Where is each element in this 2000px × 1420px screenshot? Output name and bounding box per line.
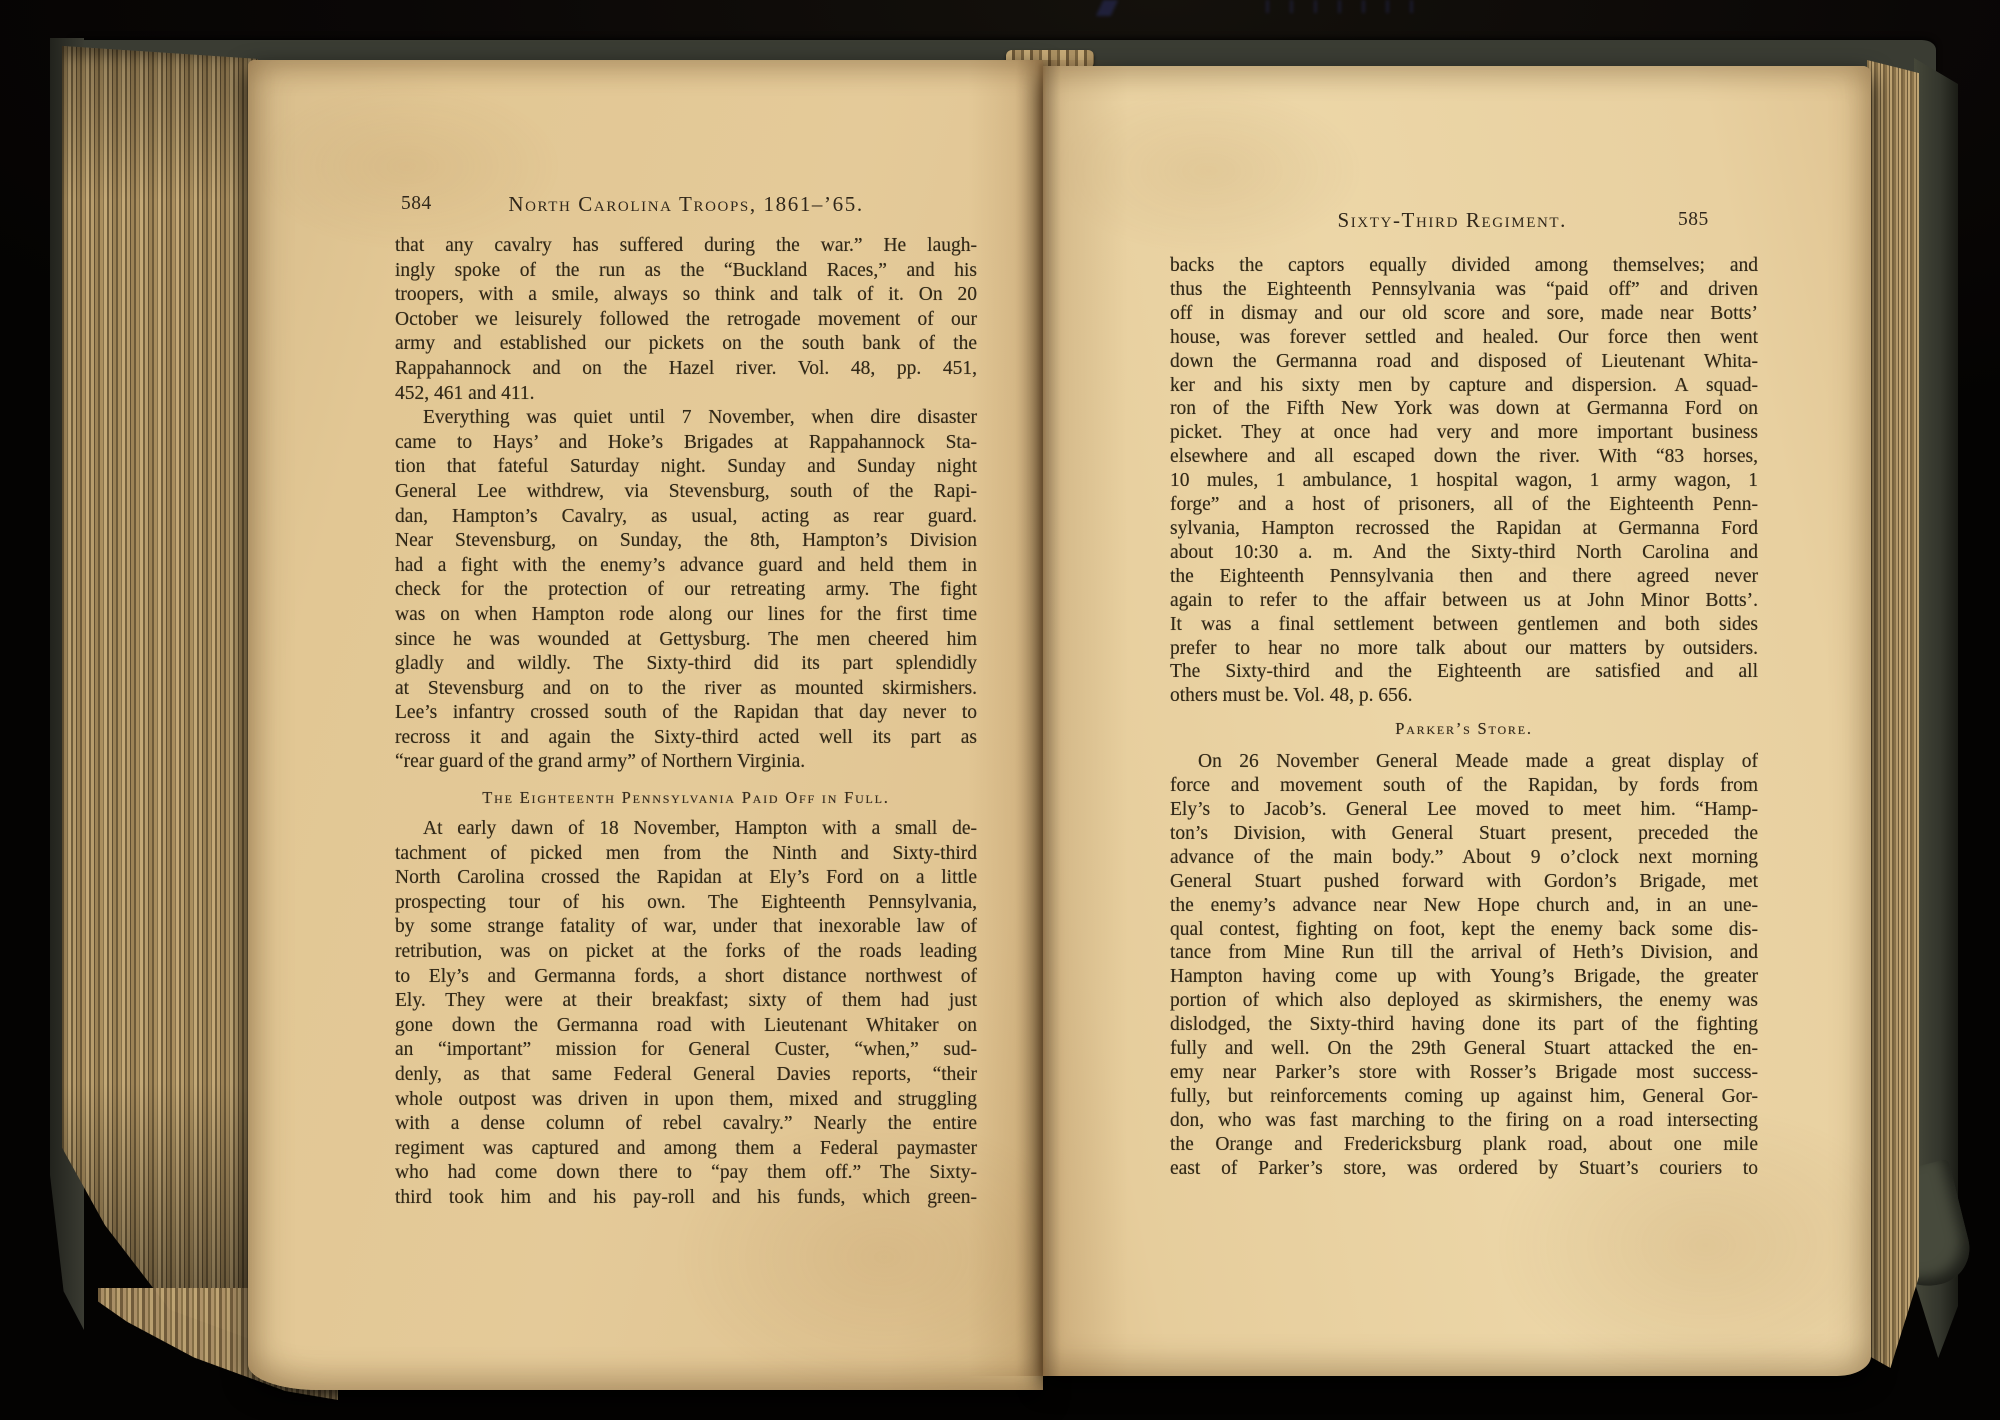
text-line: tion that fateful Saturday night. Sunday… (395, 455, 977, 480)
text-line: dan, Hampton’s Cavalry, as usual, acting… (395, 505, 977, 530)
text-line: was on when Hampton rode along our lines… (395, 603, 977, 628)
text-line: troopers, with a smile, always so think … (395, 283, 977, 308)
section-heading: Parker’s Store. (1170, 719, 1758, 739)
text-line: ker and his sixty men by capture and dis… (1170, 374, 1758, 398)
text-line: ton’s Division, with General Stuart pres… (1170, 822, 1758, 846)
text-line: Hampton having come up with Young’s Brig… (1170, 965, 1758, 989)
text-line: denly, as that same Federal General Davi… (395, 1063, 977, 1088)
text-line: qual contest, fighting on foot, kept the… (1170, 918, 1758, 942)
text-line: the enemy’s advance near New Hope church… (1170, 894, 1758, 918)
text-line: third took him and his pay-roll and his … (395, 1186, 977, 1211)
right-running-title: Sixty-Third Regiment. (1337, 208, 1567, 233)
text-line: with a dense column of rebel cavalry.” N… (395, 1112, 977, 1137)
book-photo-scene: 584 North Carolina Troops, 1861–’65. Six… (0, 0, 2000, 1420)
text-line: the Orange and Fredericksburg plank road… (1170, 1133, 1758, 1157)
left-page-number: 584 (401, 193, 432, 215)
text-line: to Ely’s and Germanna fords, a short dis… (395, 965, 977, 990)
text-line: force and movement south of the Rapidan,… (1170, 774, 1758, 798)
text-line: the Eighteenth Pennsylvania then and the… (1170, 565, 1758, 589)
text-line: came to Hays’ and Hoke’s Brigades at Rap… (395, 431, 977, 456)
text-line: had a fight with the enemy’s advance gua… (395, 554, 977, 579)
section-heading: The Eighteenth Pennsylvania Paid Off in … (395, 788, 977, 808)
text-line: east of Parker’s store, was ordered by S… (1170, 1157, 1758, 1181)
text-line: Lee’s infantry crossed south of the Rapi… (395, 701, 977, 726)
text-line: others must be. Vol. 48, p. 656. (1170, 684, 1758, 708)
left-running-title: North Carolina Troops, 1861–’65. (508, 192, 863, 217)
text-line: emy near Parker’s store with Rosser’s Br… (1170, 1061, 1758, 1085)
text-line: thus the Eighteenth Pennsylvania was “pa… (1170, 278, 1758, 302)
text-line: backs the captors equally divided among … (1170, 254, 1758, 278)
right-page-number: 585 (1678, 209, 1709, 231)
text-line: It was a final settlement between gentle… (1170, 613, 1758, 637)
text-line: retribution, was on picket at the forks … (395, 940, 977, 965)
text-line: At early dawn of 18 November, Hampton wi… (395, 817, 977, 842)
text-line: since he was wounded at Gettysburg. The … (395, 628, 977, 653)
text-line: fully and well. On the 29th General Stua… (1170, 1037, 1758, 1061)
text-line: at Stevensburg and on to the river as mo… (395, 677, 977, 702)
left-running-header: 584 North Carolina Troops, 1861–’65. (395, 192, 977, 222)
right-running-header: Sixty-Third Regiment. 585 (1170, 208, 1758, 238)
text-line: prospecting tour of his own. The Eightee… (395, 891, 977, 916)
text-line: General Stuart pushed forward with Gordo… (1170, 870, 1758, 894)
text-line: house, was forever settled and healed. O… (1170, 326, 1758, 350)
page-edges-left (62, 46, 258, 1342)
text-line: 10 mules, 1 ambulance, 1 hospital wagon,… (1170, 469, 1758, 493)
text-line: tance from Mine Run till the arrival of … (1170, 941, 1758, 965)
gutter-fold-line (1040, 64, 1044, 1376)
text-line: about 10:30 a. m. And the Sixty-third No… (1170, 541, 1758, 565)
text-line: gladly and wildly. The Sixty-third did i… (395, 652, 977, 677)
text-line: portion of which also deployed as skirmi… (1170, 989, 1758, 1013)
scanner-blue-mark (1088, 0, 1130, 16)
text-line: “rear guard of the grand army” of Northe… (395, 750, 977, 775)
text-line: tachment of picked men from the Ninth an… (395, 842, 977, 867)
page-edges-right (1867, 60, 1919, 1368)
text-line: elsewhere and all escaped down the river… (1170, 445, 1758, 469)
text-line: Rappahannock and on the Hazel river. Vol… (395, 357, 977, 382)
text-line: down the Germanna road and disposed of L… (1170, 350, 1758, 374)
text-line: advance of the main body.” About 9 o’clo… (1170, 846, 1758, 870)
text-line: Near Stevensburg, on Sunday, the 8th, Ha… (395, 529, 977, 554)
text-line: that any cavalry has suffered during the… (395, 234, 977, 259)
text-line: ron of the Fifth New York was down at Ge… (1170, 397, 1758, 421)
text-line: off in dismay and our old score and sore… (1170, 302, 1758, 326)
text-line: regiment was captured and among them a F… (395, 1137, 977, 1162)
text-line: recross it and again the Sixty-third act… (395, 726, 977, 751)
text-line: whole outpost was driven in upon them, m… (395, 1088, 977, 1113)
right-text-column: backs the captors equally divided among … (1170, 254, 1758, 1181)
text-line: forge” and a host of prisoners, all of t… (1170, 493, 1758, 517)
text-line: Ely’s to Jacob’s. General Lee moved to m… (1170, 798, 1758, 822)
text-line: On 26 November General Meade made a grea… (1170, 750, 1758, 774)
text-line: by some strange fatality of war, under t… (395, 915, 977, 940)
text-line: prefer to hear no more talk about our ma… (1170, 637, 1758, 661)
text-line: General Lee withdrew, via Stevensburg, s… (395, 480, 977, 505)
text-line: North Carolina crossed the Rapidan at El… (395, 866, 977, 891)
text-line: again to refer to the affair between us … (1170, 589, 1758, 613)
scanner-blue-mark (1266, 0, 1426, 13)
text-line: dislodged, the Sixty-third having done i… (1170, 1013, 1758, 1037)
text-line: an “important” mission for General Custe… (395, 1038, 977, 1063)
text-line: sylvania, Hampton recrossed the Rapidan … (1170, 517, 1758, 541)
left-text-column: that any cavalry has suffered during the… (395, 234, 977, 1211)
text-line: The Sixty-third and the Eighteenth are s… (1170, 660, 1758, 684)
text-line: Ely. They were at their breakfast; sixty… (395, 989, 977, 1014)
text-line: 452, 461 and 411. (395, 382, 977, 407)
text-line: October we leisurely followed the retrog… (395, 308, 977, 333)
text-line: picket. They at once had very and more i… (1170, 421, 1758, 445)
text-line: army and established our pickets on the … (395, 332, 977, 357)
text-line: check for the protection of our retreati… (395, 578, 977, 603)
text-line: gone down the Germanna road with Lieuten… (395, 1014, 977, 1039)
text-line: ingly spoke of the run as the “Buckland … (395, 259, 977, 284)
text-line: who had come down there to “pay them off… (395, 1161, 977, 1186)
text-line: fully, but reinforcements coming up agai… (1170, 1085, 1758, 1109)
text-line: don, who was fast marching to the firing… (1170, 1109, 1758, 1133)
text-line: Everything was quiet until 7 November, w… (395, 406, 977, 431)
